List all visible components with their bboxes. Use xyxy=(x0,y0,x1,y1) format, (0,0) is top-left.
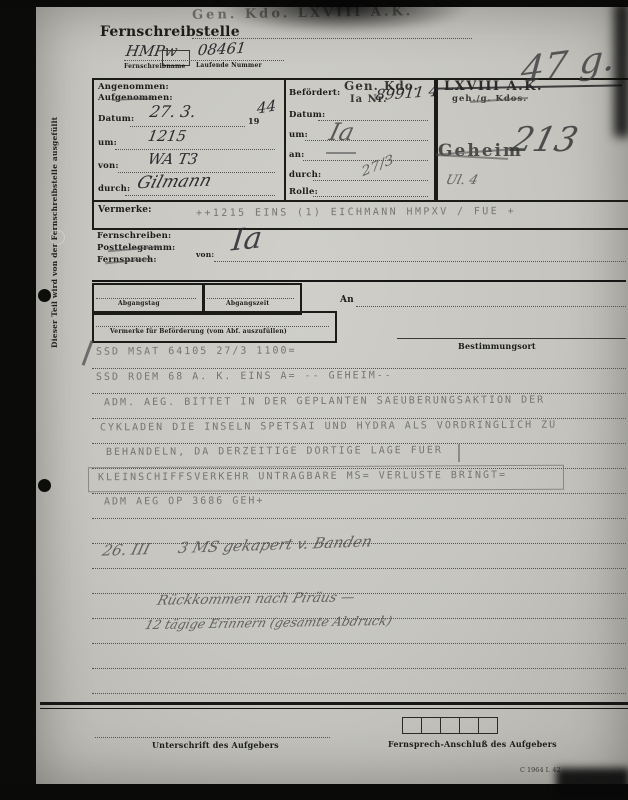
received-from-label: von: xyxy=(98,161,119,171)
dispatch-time-line xyxy=(207,298,294,299)
phone-label: Fernsprech-Anschluß des Aufgebers xyxy=(388,739,557,749)
ruled-line xyxy=(92,368,626,369)
forwarded-by-line xyxy=(313,180,428,181)
channel-bottom-rule xyxy=(92,280,626,282)
ruled-line xyxy=(92,568,626,569)
received-date-value: 27. 3. xyxy=(148,102,197,121)
ruled-line xyxy=(92,393,626,394)
forwarded-to-line xyxy=(303,160,428,161)
ruled-line xyxy=(92,693,626,694)
channel-from-label: von: xyxy=(196,250,214,259)
name-dotted-line xyxy=(124,60,284,61)
dispatch-forward-line xyxy=(96,326,329,327)
forwarded-time-line xyxy=(305,140,428,141)
forwarded-title: Befördert: xyxy=(289,88,340,98)
dept-mark-underline xyxy=(326,152,356,154)
phone-box-cell xyxy=(478,717,498,734)
ruled-line xyxy=(92,493,626,494)
destination-label: Bestimmungsort xyxy=(458,341,536,351)
received-year-value: 44 xyxy=(257,96,276,117)
forwarded-roll-line xyxy=(313,196,428,197)
signature-line xyxy=(95,737,330,738)
received-time-value: 1215 xyxy=(146,127,187,145)
phone-box-cell xyxy=(402,717,422,734)
serial-label: Laufende Nummer xyxy=(196,62,262,69)
phone-number-boxes xyxy=(403,717,498,734)
dispatch-forward-box xyxy=(92,311,337,343)
phone-box-cell xyxy=(421,717,441,734)
dispatch-to-line xyxy=(356,306,626,307)
pencil-vertical-mark xyxy=(458,444,460,462)
form-code: C 1964 I. 42 xyxy=(520,766,561,774)
classification-initials-hw: Ul. 4 xyxy=(444,173,479,188)
message-line: ADM AEG OP 3686 GEH+ xyxy=(104,496,264,508)
remarks-label: Vermerke: xyxy=(98,205,152,215)
message-line: SSD MSAT 64105 27/3 1100= xyxy=(96,345,297,357)
received-date-label: Datum: xyxy=(98,114,134,124)
serial-value: 08461 xyxy=(197,39,247,59)
signature-label: Unterschrift des Aufgebers xyxy=(152,740,279,750)
dispatch-day-label: Abgangstag xyxy=(118,300,160,307)
received-by-label: durch: xyxy=(98,184,130,194)
phone-box-cell xyxy=(459,717,479,734)
year-printed: 19 xyxy=(248,116,260,126)
teletype-name-label: Fernschreibname xyxy=(124,63,186,70)
received-title1: Angenommen: xyxy=(98,82,169,92)
message-line: BEHANDELN, DA DERZEITIGE DORTIGE LAGE FU… xyxy=(106,445,443,458)
registry-number-hw: 213 xyxy=(507,120,582,160)
photo-bottom-band xyxy=(0,785,628,800)
dispatch-to-label: An xyxy=(340,295,354,305)
footer-rule-2 xyxy=(40,708,628,709)
forwarded-by-label: durch: xyxy=(289,170,321,180)
ruled-line xyxy=(92,443,626,444)
ruled-line xyxy=(92,643,626,644)
scanned-telegram-form: Dieser Teil wird von der Fernschreibstel… xyxy=(0,0,628,800)
destination-line xyxy=(397,338,626,339)
punch-hole xyxy=(38,289,51,302)
phone-box-cell xyxy=(440,717,460,734)
dispatch-time-label: Abgangszeit xyxy=(226,300,269,307)
message-line: SSD ROEM 68 A. K. EINS A= -- GEHEIM-- xyxy=(96,370,393,383)
ruled-line xyxy=(92,518,626,519)
channel-fernschreiben: Fernschreiben: xyxy=(97,231,171,241)
received-by-value: Gilmann xyxy=(135,171,214,194)
channel-from-mark: Ia xyxy=(230,221,264,259)
punch-ring xyxy=(50,230,65,245)
dispatch-forward-label: Vermerke für Beförderung (vom Abf. auszu… xyxy=(110,328,287,335)
punch-hole xyxy=(38,479,51,492)
footer-rule-1 xyxy=(40,702,628,705)
margin-note: Dieser Teil wird von der Fernschreibstel… xyxy=(50,12,66,348)
ruled-line xyxy=(92,668,626,669)
forwarded-date-label: Datum: xyxy=(289,110,325,120)
dispatch-day-line xyxy=(96,298,196,299)
ruled-line xyxy=(92,468,626,469)
remarks-value: ++1215 EINS (1) EICHMANN HMPXV / FUE + xyxy=(196,206,516,219)
received-from-value: WA T3 xyxy=(146,150,199,168)
channel-from-line xyxy=(214,261,626,262)
received-time-label: um: xyxy=(98,138,117,148)
forwarded-to-label: an: xyxy=(289,150,304,160)
received-by-line xyxy=(125,195,275,196)
forwarded-time-label: um: xyxy=(289,130,308,140)
